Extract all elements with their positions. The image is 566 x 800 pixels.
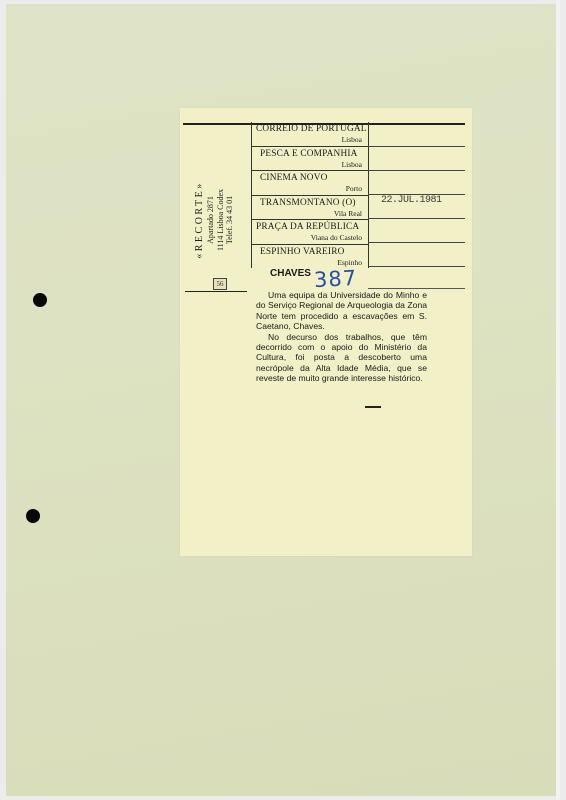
publication-table: CORREIO DE PORTUGAL Lisboa PESCA E COMPA… xyxy=(251,122,369,268)
article-paragraph: Uma equipa da Universidade do Minho e do… xyxy=(256,290,427,332)
publication-row: CORREIO DE PORTUGAL Lisboa xyxy=(252,122,368,147)
agency-name: «RECORTE» xyxy=(193,165,206,275)
agency-address-2: 1114 Lisboa Codex xyxy=(216,165,226,275)
row-rule xyxy=(368,218,465,219)
left-rule xyxy=(185,291,247,292)
article-paragraph: No decurso dos trabalhos, que têm decorr… xyxy=(256,332,427,384)
publication-name: ESPINHO VAREIRO xyxy=(260,247,345,257)
row-rule xyxy=(368,170,465,171)
handwritten-number: 387 xyxy=(313,266,357,292)
publication-city: Lisboa xyxy=(342,135,362,144)
publication-row: PESCA E COMPANHIA Lisboa xyxy=(252,147,368,172)
publication-city: Vila Real xyxy=(334,209,362,218)
publication-city: Porto xyxy=(346,184,362,193)
publication-name: CORREIO DE PORTUGAL xyxy=(256,124,367,134)
publication-name: CINEMA NOVO xyxy=(260,173,328,183)
publication-row: PRAÇA DA REPÚBLICA Viana do Castelo xyxy=(252,220,368,245)
column-rule xyxy=(368,288,465,289)
publication-city: Lisboa xyxy=(342,160,362,169)
publication-name: PESCA E COMPANHIA xyxy=(260,149,358,159)
page-edge xyxy=(556,0,560,800)
article-body: Uma equipa da Universidade do Minho e do… xyxy=(256,290,427,384)
publication-city: Viana do Castelo xyxy=(311,233,362,242)
punch-hole-top xyxy=(33,293,47,307)
date-stamp: 22.JUL.1981 xyxy=(381,195,442,206)
agency-phone: Telef. 34 43 01 xyxy=(225,165,235,275)
row-rule xyxy=(368,242,465,243)
publication-name: TRANSMONTANO (O) xyxy=(260,198,356,208)
publication-city: Espinho xyxy=(337,258,362,267)
punch-hole-bottom xyxy=(26,509,40,523)
agency-address-1: Apartado 2871 xyxy=(206,165,216,275)
agency-stamp: «RECORTE» Apartado 2871 1114 Lisboa Code… xyxy=(193,165,253,285)
publication-row: TRANSMONTANO (O) Vila Real xyxy=(252,196,368,221)
publication-row: CINEMA NOVO Porto xyxy=(252,171,368,196)
page-number: 56 xyxy=(213,278,227,290)
end-mark xyxy=(365,406,381,408)
row-rule xyxy=(368,266,465,267)
publication-row: ESPINHO VAREIRO Espinho xyxy=(252,245,368,269)
publication-name: PRAÇA DA REPÚBLICA xyxy=(256,222,359,232)
row-rule xyxy=(368,146,465,147)
article-headline: CHAVES xyxy=(270,268,311,279)
